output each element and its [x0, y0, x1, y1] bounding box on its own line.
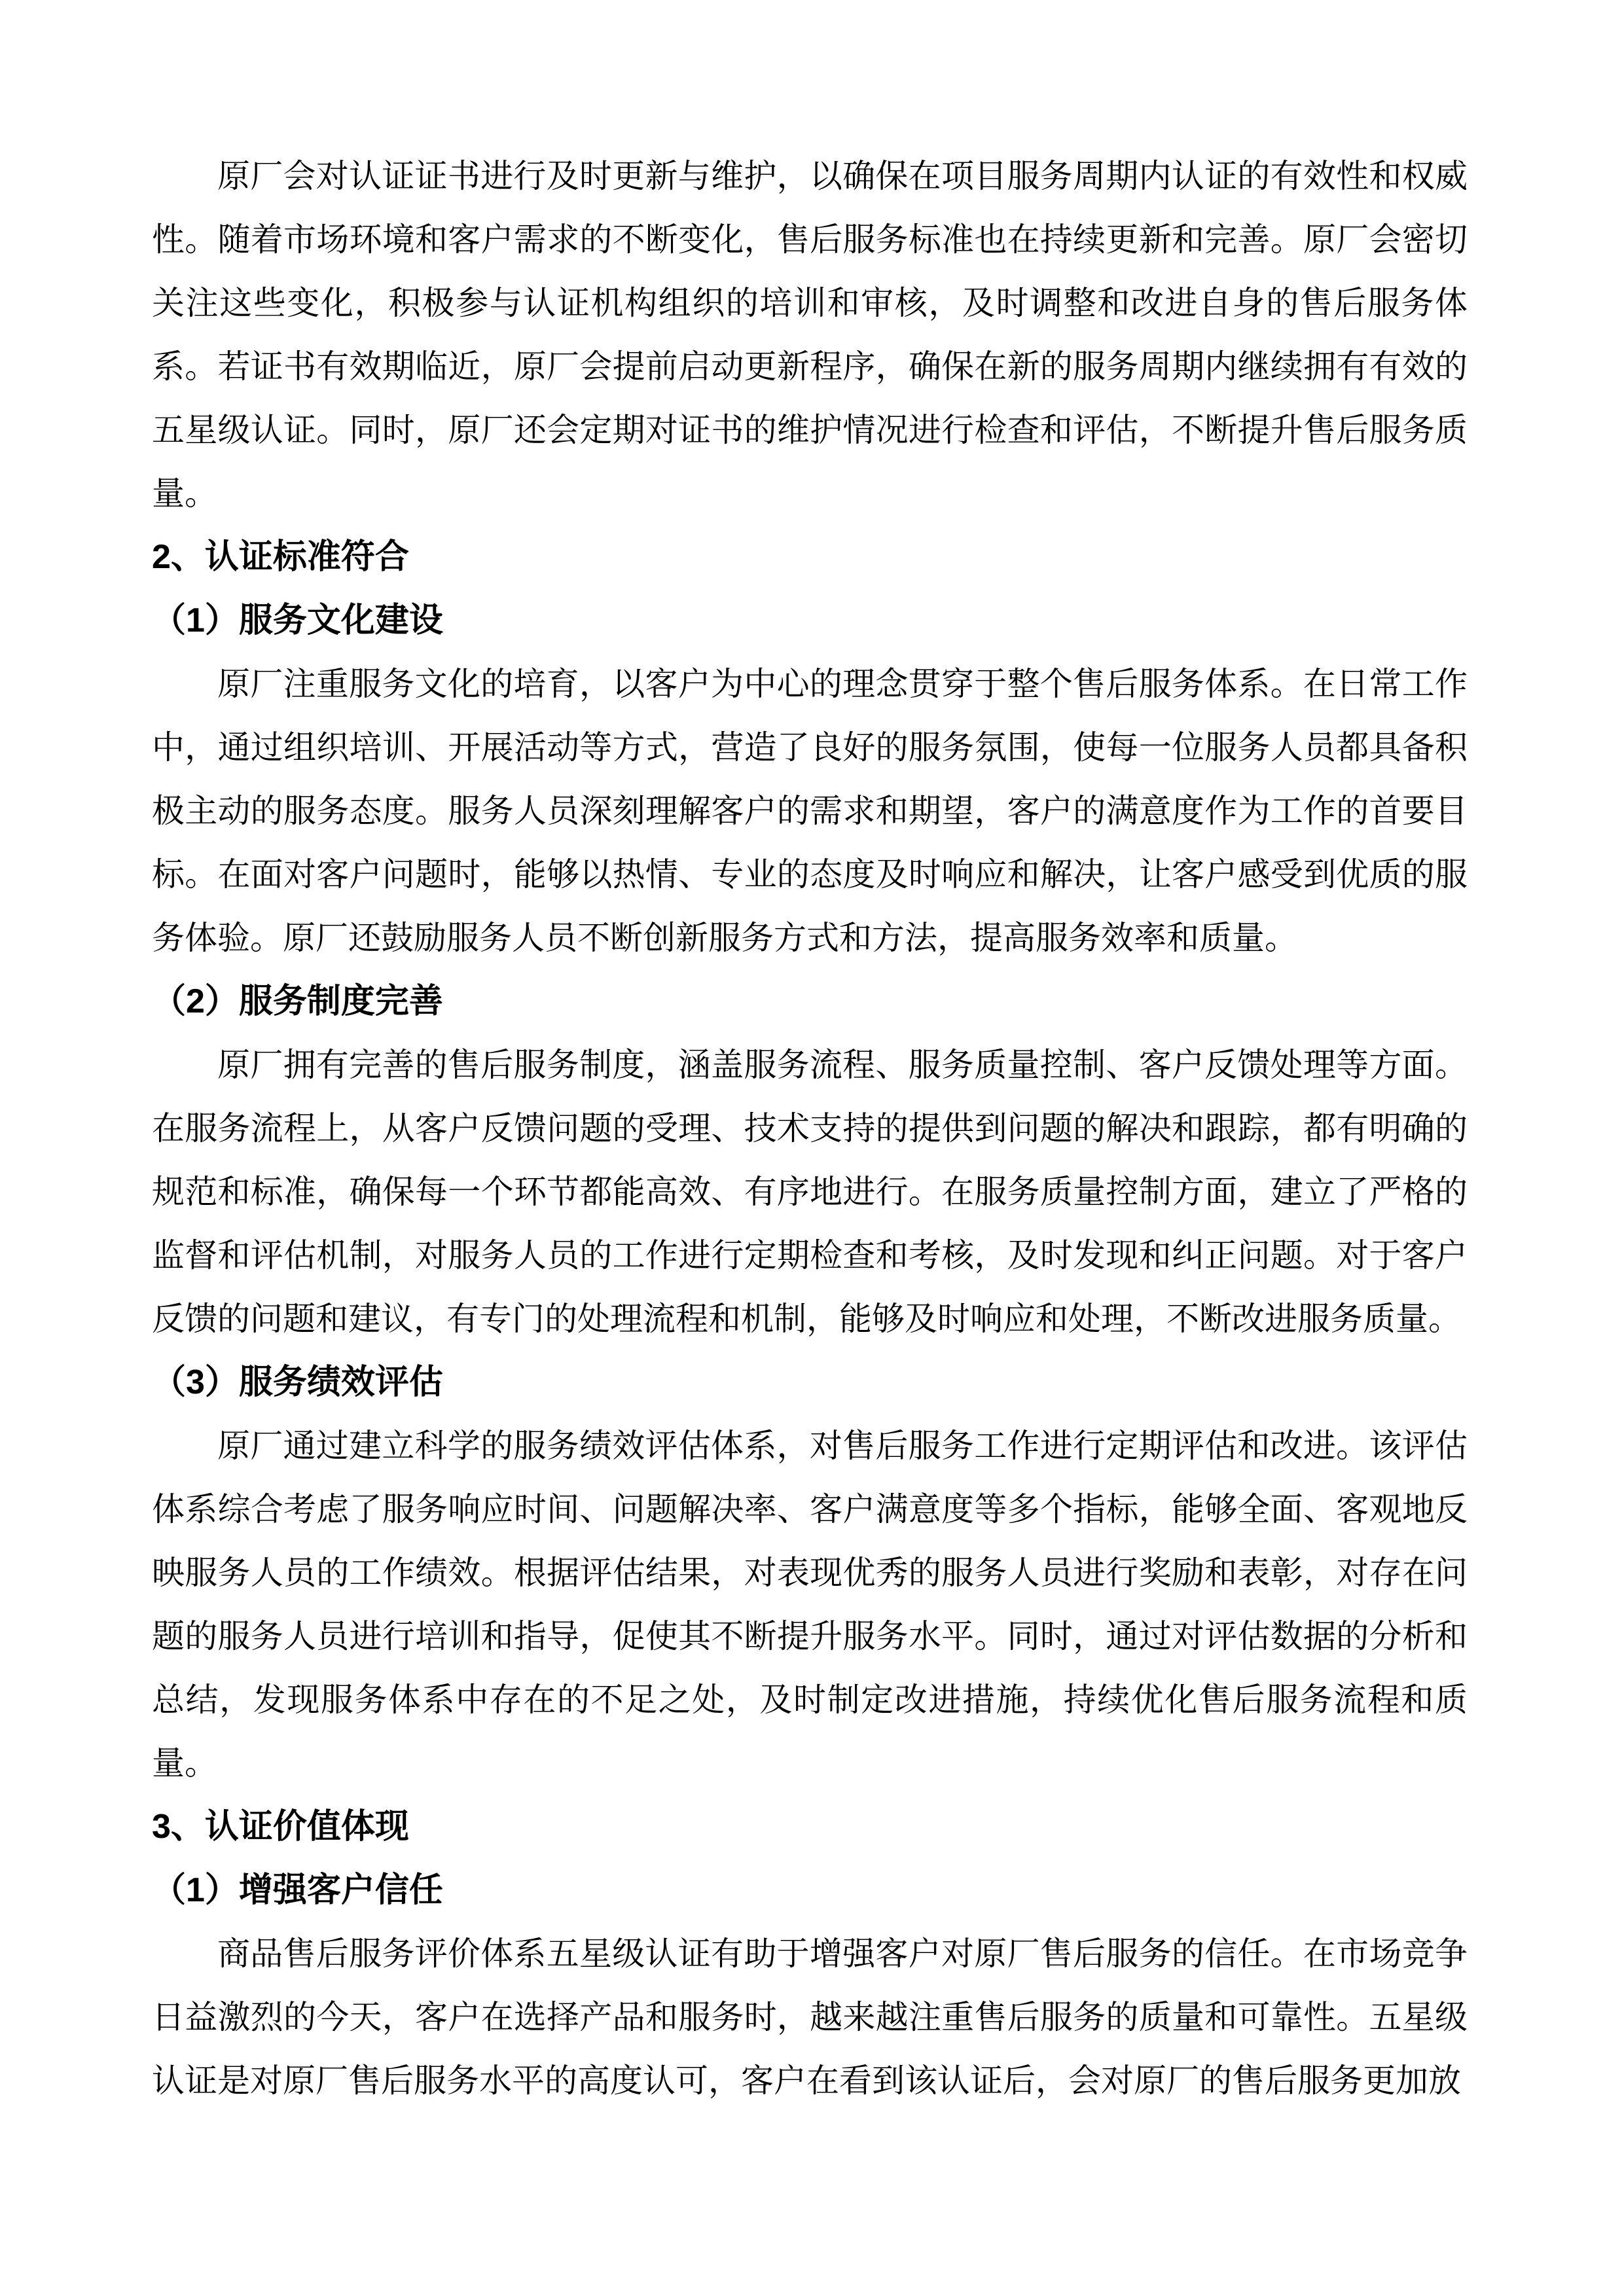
paragraph-service-performance-evaluation: 原厂通过建立科学的服务绩效评估体系，对售后服务工作进行定期评估和改进。该评估体系…: [152, 1414, 1468, 1795]
document-page: 原厂会对认证证书进行及时更新与维护，以确保在项目服务周期内认证的有效性和权威性。…: [0, 0, 1624, 2296]
subheading-1-service-culture: （1）服务文化建设: [152, 589, 1468, 653]
paragraph-service-system: 原厂拥有完善的售后服务制度，涵盖服务流程、服务质量控制、客户反馈处理等方面。在服…: [152, 1033, 1468, 1351]
paragraph-service-culture: 原厂注重服务文化的培育，以客户为中心的理念贯穿于整个售后服务体系。在日常工作中，…: [152, 653, 1468, 970]
subheading-3-service-performance-evaluation: （3）服务绩效评估: [152, 1351, 1468, 1414]
heading-3-cert-value: 3、认证价值体现: [152, 1795, 1468, 1859]
subheading-2-service-system: （2）服务制度完善: [152, 970, 1468, 1033]
subheading-1-customer-trust: （1）增强客户信任: [152, 1859, 1468, 1922]
heading-2-cert-standard-compliance: 2、认证标准符合: [152, 526, 1468, 589]
paragraph-cert-update-maintenance: 原厂会对认证证书进行及时更新与维护，以确保在项目服务周期内认证的有效性和权威性。…: [152, 145, 1468, 526]
document-content: 原厂会对认证证书进行及时更新与维护，以确保在项目服务周期内认证的有效性和权威性。…: [152, 145, 1468, 2113]
paragraph-customer-trust: 商品售后服务评价体系五星级认证有助于增强客户对原厂售后服务的信任。在市场竞争日益…: [152, 1922, 1468, 2113]
